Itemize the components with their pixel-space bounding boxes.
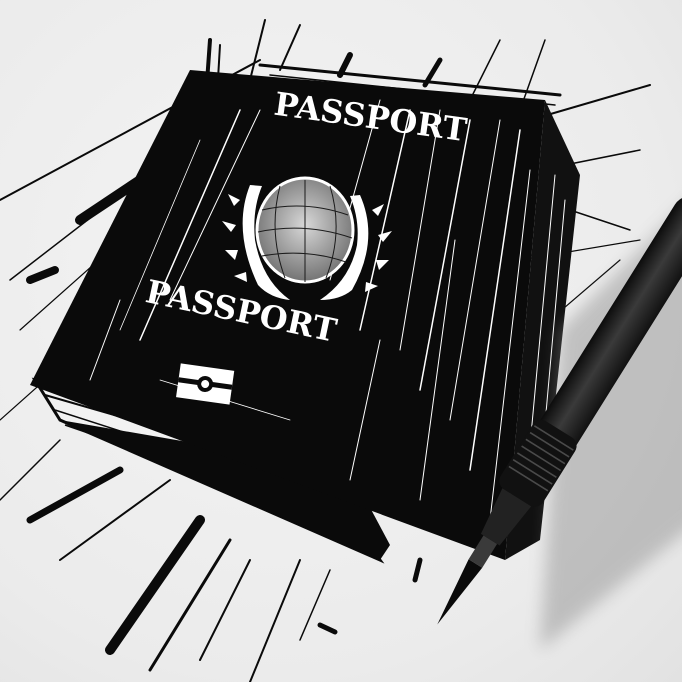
passport: PASSPORT PASSPORT: [30, 70, 580, 560]
pen-nib: [430, 559, 482, 629]
illustration-canvas: PASSPORT PASSPORT: [0, 0, 682, 682]
passport-sketch-illustration: PASSPORT PASSPORT: [0, 0, 682, 682]
